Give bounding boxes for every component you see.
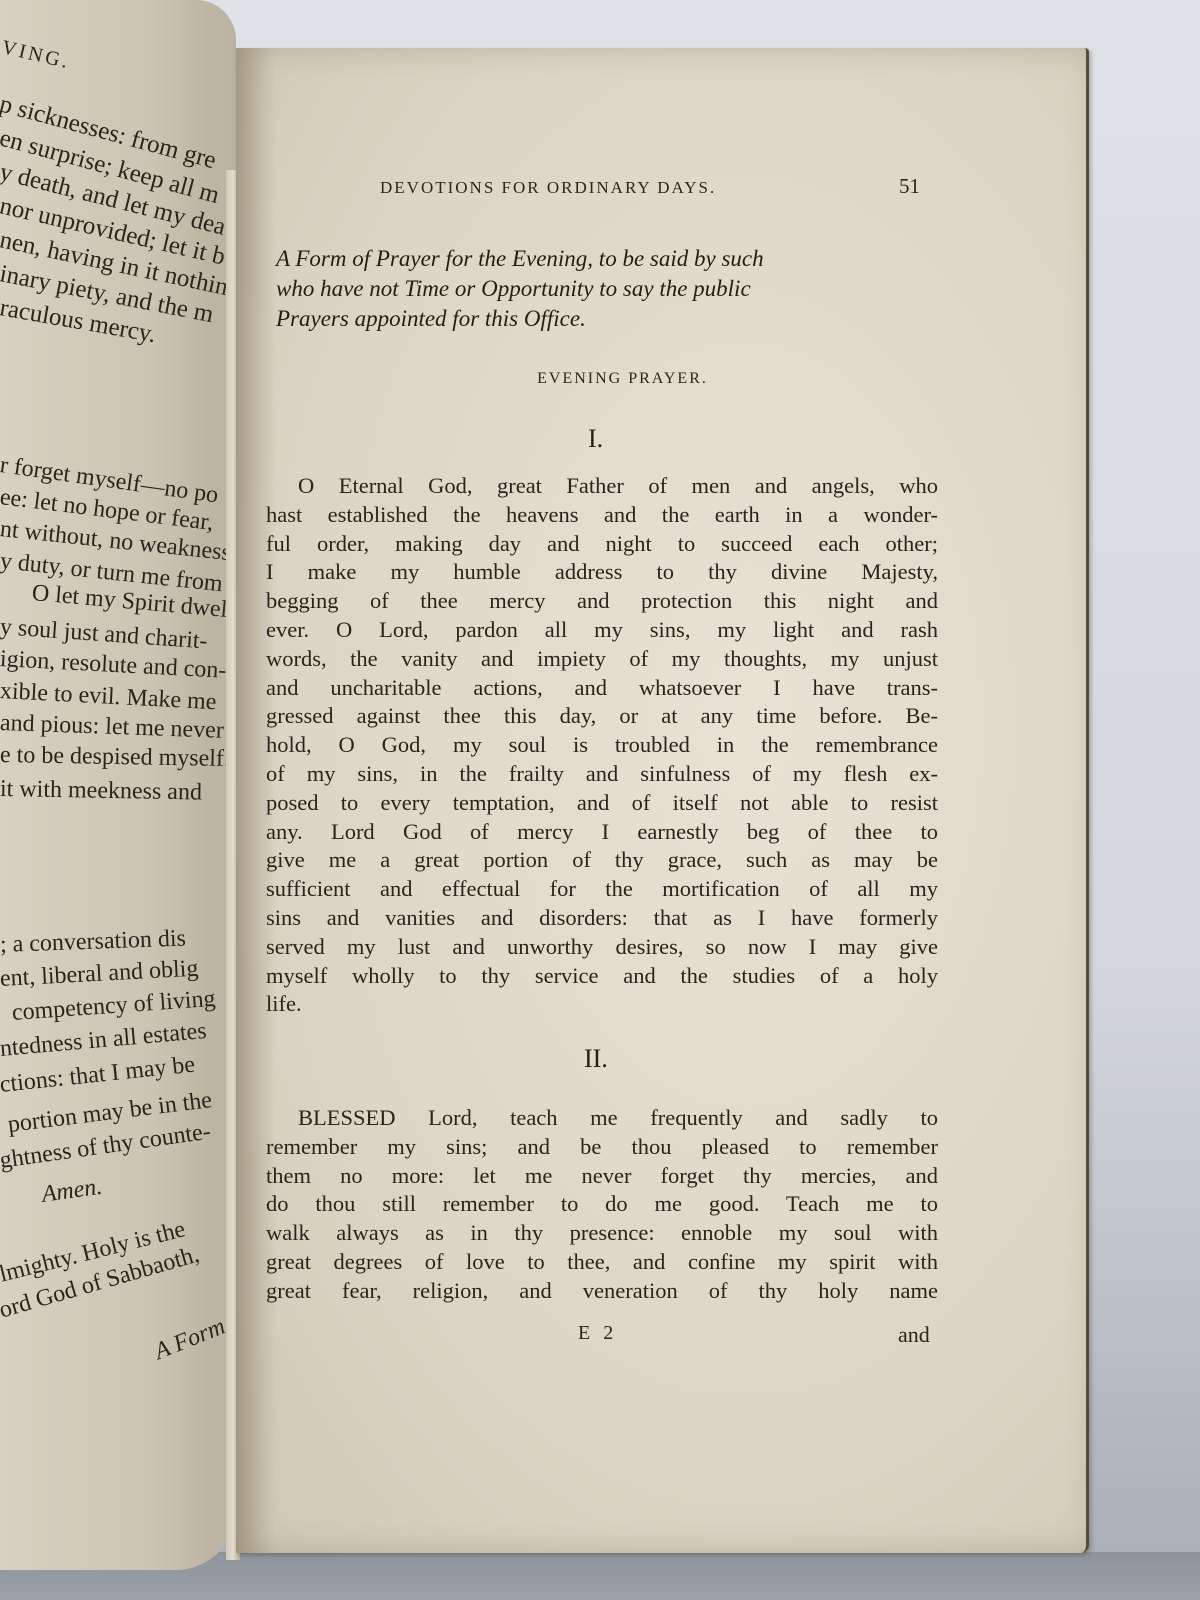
text-line: O Eternal God, great Father of men and a… — [266, 472, 938, 501]
text-line: sins and vanities and disorders: that as… — [266, 904, 938, 933]
form-heading-line: A Form of Prayer for the Evening, to be … — [296, 244, 968, 274]
text-line: hold, O God, my soul is troubled in the … — [266, 731, 938, 760]
text-line: hast established the heavens and the ear… — [266, 501, 938, 530]
left-text-line: it with meekness and — [0, 776, 202, 807]
section-numeral: I. — [588, 424, 603, 454]
form-heading: A Form of Prayer for the Evening, to be … — [276, 244, 968, 334]
text-line: and uncharitable actions, and whatsoever… — [266, 674, 938, 703]
text-line: life. — [266, 990, 938, 1019]
text-line: sufficient and effectual for the mortifi… — [266, 875, 938, 904]
text-line: begging of thee mercy and protection thi… — [266, 587, 938, 616]
left-running-head: VING. — [0, 36, 73, 74]
text-line: ful order, making day and night to succe… — [266, 530, 938, 559]
running-head-title: DEVOTIONS FOR ORDINARY DAYS. — [380, 178, 716, 198]
text-line: any. Lord God of mercy I earnestly beg o… — [266, 818, 938, 847]
left-text-line: and pious: let me never — [0, 710, 224, 745]
text-line: of my sins, in the frailty and sinfulnes… — [266, 760, 938, 789]
prayer-paragraph-1: O Eternal God, great Father of men and a… — [266, 472, 938, 1019]
text-line: served my lust and unworthy desires, so … — [266, 933, 938, 962]
text-line: ever. O Lord, pardon all my sins, my lig… — [266, 616, 938, 645]
text-line: do thou still remember to do me good. Te… — [266, 1190, 938, 1219]
text-line: words, the vanity and impiety of my thou… — [266, 645, 938, 674]
text-line: gressed against thee this day, or at any… — [266, 702, 938, 731]
text-line: I make my humble address to thy divine M… — [266, 558, 938, 587]
text-line: remember my sins; and be thou pleased to… — [266, 1133, 938, 1162]
page-number: 51 — [899, 174, 920, 199]
left-amen: Amen. — [40, 1174, 104, 1209]
text-line: posed to every temptation, and of itself… — [266, 789, 938, 818]
text-line: walk always as in thy presence: ennoble … — [266, 1219, 938, 1248]
text-line: BLESSED Lord, teach me frequently and sa… — [266, 1104, 938, 1133]
prayer-paragraph-2: BLESSED Lord, teach me frequently and sa… — [266, 1104, 938, 1306]
section-title: EVENING PRAYER. — [240, 370, 1005, 388]
text-line: great fear, religion, and veneration of … — [266, 1277, 938, 1306]
catchword: and — [898, 1322, 930, 1348]
signature-mark: E 2 — [578, 1322, 617, 1345]
left-catchword: A Form — [151, 1313, 229, 1366]
text-line: great degrees of love to thee, and confi… — [266, 1248, 938, 1277]
section-numeral: II. — [584, 1044, 608, 1074]
text-line: them no more: let me never forget thy me… — [266, 1162, 938, 1191]
text-line: myself wholly to thy service and the stu… — [266, 962, 938, 991]
left-text-line: ent, liberal and oblig — [0, 956, 199, 993]
left-text-line: e to be despised myself: — [0, 742, 231, 773]
left-text-line: ; a conversation dis — [0, 926, 186, 959]
running-head: DEVOTIONS FOR ORDINARY DAYS. 51 — [380, 178, 900, 198]
form-heading-line: who have not Time or Opportunity to say … — [296, 274, 968, 304]
text-line: give me a great portion of thy grace, su… — [266, 846, 938, 875]
left-page: VING. p sicknesses: from gre en surprise… — [0, 0, 236, 1570]
form-heading-line: Prayers appointed for this Office. — [296, 304, 968, 334]
